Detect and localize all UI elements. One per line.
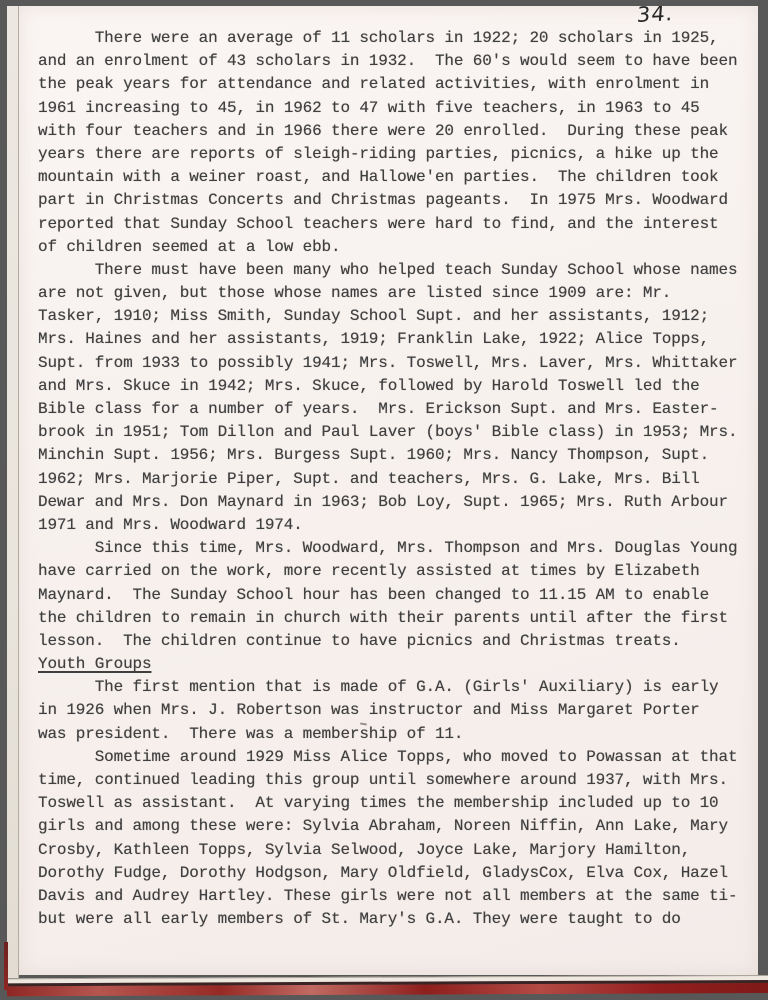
- text-line: There were an average of 11 scholars in …: [38, 27, 758, 50]
- document-page: 34. There were an average of 11 scholars…: [19, 6, 758, 975]
- text-line: Toswell as assistant. At varying times t…: [38, 792, 758, 815]
- text-line: time, continued leading this group until…: [38, 769, 758, 792]
- text-line: part in Christmas Concerts and Christmas…: [38, 189, 758, 212]
- text-line: are not given, but those whose names are…: [38, 282, 758, 305]
- text-line: years there are reports of sleigh-riding…: [38, 143, 758, 166]
- text-line: Mrs. Haines and her assistants, 1919; Fr…: [38, 328, 758, 351]
- text-line: Crosby, Kathleen Topps, Sylvia Selwood, …: [38, 839, 758, 862]
- text-line: the peak years for attendance and relate…: [38, 73, 758, 96]
- text-line: in 1926 when Mrs. J. Robertson was instr…: [38, 699, 758, 722]
- text-line: with four teachers and in 1966 there wer…: [38, 120, 758, 143]
- text-line: but were all early members of St. Mary's…: [38, 908, 758, 931]
- text-line: Davis and Audrey Hartley. These girls we…: [38, 885, 758, 908]
- text-line: have carried on the work, more recently …: [38, 560, 758, 583]
- text-line: mountain with a weiner roast, and Hallow…: [38, 166, 758, 189]
- text-line: the children to remain in church with th…: [38, 607, 758, 630]
- text-line: Maynard. The Sunday School hour has been…: [38, 584, 758, 607]
- book-spine-left-sliver: [4, 942, 8, 990]
- text-line: 1961 increasing to 45, in 1962 to 47 wit…: [38, 97, 758, 120]
- handwritten-page-number: 34.: [636, 6, 674, 27]
- text-line: Minchin Supt. 1956; Mrs. Burgess Supt. 1…: [38, 444, 758, 467]
- text-line: and an enrolment of 43 scholars in 1932.…: [38, 50, 758, 73]
- text-line: Since this time, Mrs. Woodward, Mrs. Tho…: [38, 537, 758, 560]
- text-line: Dewar and Mrs. Don Maynard in 1963; Bob …: [38, 491, 758, 514]
- text-line: 1971 and Mrs. Woodward 1974.: [38, 514, 758, 537]
- text-line: The first mention that is made of G.A. (…: [38, 676, 758, 699]
- text-line: reported that Sunday School teachers wer…: [38, 213, 758, 236]
- underlying-page-edge: [7, 6, 19, 978]
- text-line: brook in 1951; Tom Dillon and Paul Laver…: [38, 421, 758, 444]
- text-line: Sometime around 1929 Miss Alice Topps, w…: [38, 746, 758, 769]
- text-line: Dorothy Fudge, Dorothy Hodgson, Mary Old…: [38, 862, 758, 885]
- text-line: Supt. from 1933 to possibly 1941; Mrs. T…: [38, 352, 758, 375]
- book-spine: [7, 983, 768, 996]
- section-heading: Youth Groups: [38, 653, 758, 676]
- text-line: and Mrs. Skuce in 1942; Mrs. Skuce, foll…: [38, 375, 758, 398]
- typewritten-text: There were an average of 11 scholars in …: [38, 27, 758, 931]
- text-line: lesson. The children continue to have pi…: [38, 630, 758, 653]
- text-line: Bible class for a number of years. Mrs. …: [38, 398, 758, 421]
- text-line: girls and among these were: Sylvia Abrah…: [38, 815, 758, 838]
- text-line: Tasker, 1910; Miss Smith, Sunday School …: [38, 305, 758, 328]
- text-line: was president. There was a membership of…: [38, 723, 758, 746]
- text-line: 1962; Mrs. Marjorie Piper, Supt. and tea…: [38, 468, 758, 491]
- text-line: of children seemed at a low ebb.: [38, 236, 758, 259]
- scanned-document: 34. There were an average of 11 scholars…: [0, 0, 768, 1000]
- text-line: There must have been many who helped tea…: [38, 259, 758, 282]
